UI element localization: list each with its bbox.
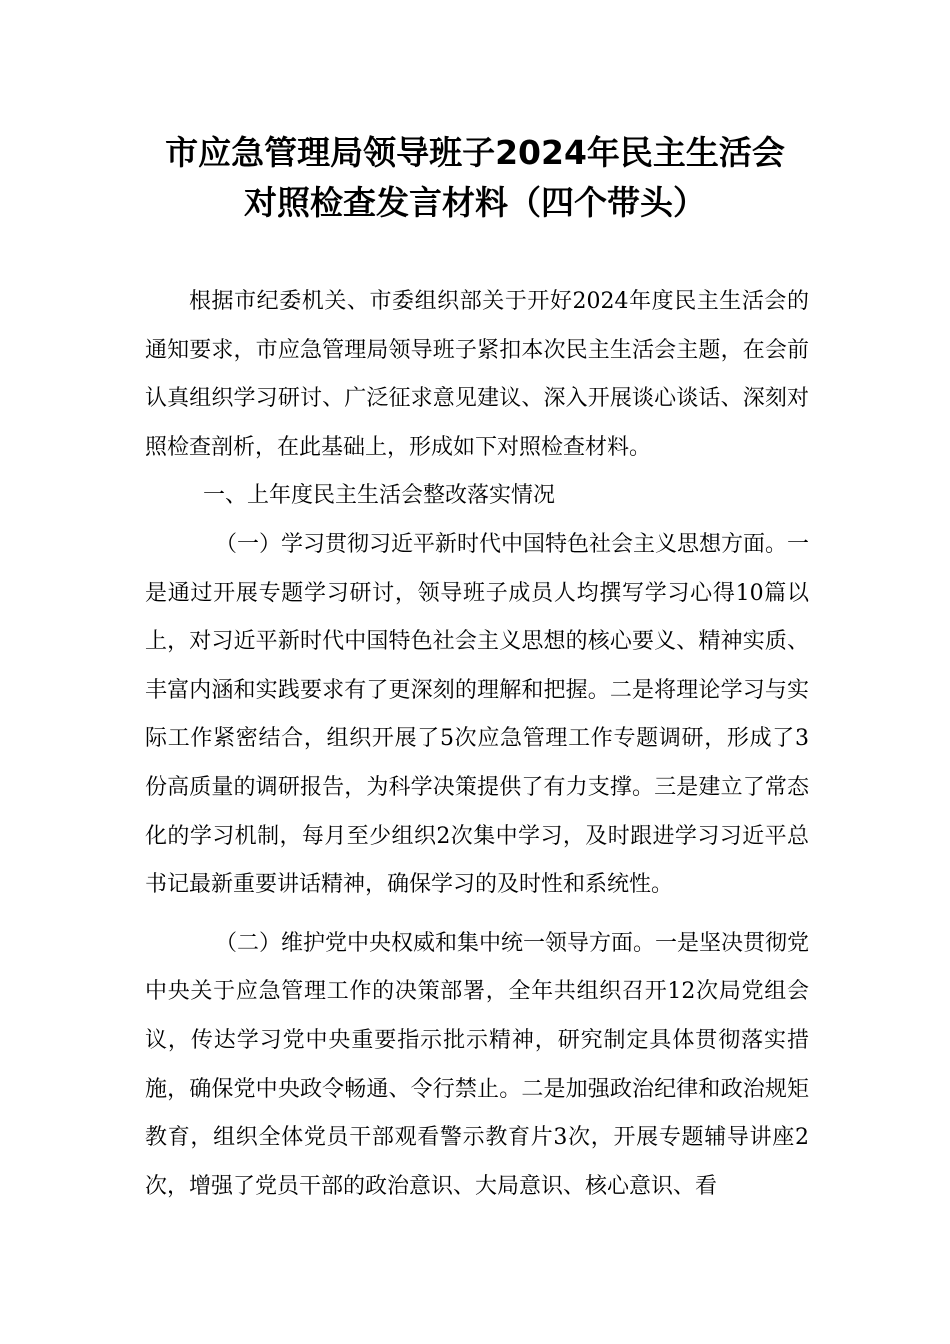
document-page: 市应急管理局领导班子2024年民主生活会 对照检查发言材料（四个带头） 根据市纪… (0, 0, 950, 1344)
document-title: 市应急管理局领导班子2024年民主生活会 对照检查发言材料（四个带头） (120, 128, 830, 228)
subsection-paragraph-1: （一）学习贯彻习近平新时代中国特色社会主义思想方面。一是通过开展专题学习研讨，领… (145, 521, 809, 910)
intro-paragraph: 根据市纪委机关、市委组织部关于开好2024年度民主生活会的通知要求，市应急管理局… (145, 278, 809, 472)
title-line-1: 市应急管理局领导班子2024年民主生活会 (120, 128, 830, 178)
subsection-paragraph-2: （二）维护党中央权威和集中统一领导方面。一是坚决贯彻党中央关于应急管理工作的决策… (145, 920, 809, 1212)
title-line-2: 对照检查发言材料（四个带头） (120, 178, 830, 228)
document-body: 根据市纪委机关、市委组织部关于开好2024年度民主生活会的通知要求，市应急管理局… (145, 278, 809, 1211)
section-heading-1: 一、上年度民主生活会整改落实情况 (145, 472, 809, 521)
